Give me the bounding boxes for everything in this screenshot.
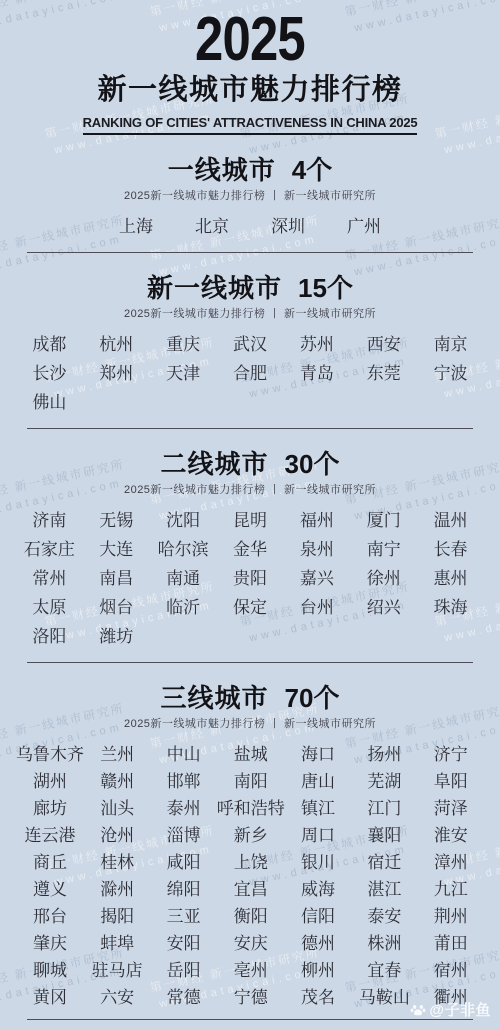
city-grid: 上海北京深圳广州 (0, 216, 500, 238)
tier-name: 新一线城市 (147, 273, 282, 303)
city-item: 贵阳 (217, 568, 284, 590)
city-item: 绍兴 (350, 597, 417, 619)
section-tier-2: 二线城市30个 2025新一线城市魅力排行榜 丨 新一线城市研究所 济南无锡沈阳… (0, 449, 500, 663)
city-item: 中山 (150, 744, 216, 766)
section-tier-3: 三线城市70个 2025新一线城市魅力排行榜 丨 新一线城市研究所 乌鲁木齐兰州… (0, 683, 500, 1020)
city-item: 南昌 (83, 568, 150, 590)
city-item: 银川 (285, 852, 351, 874)
city-item: 杭州 (83, 334, 150, 356)
section-tier-1: 一线城市4个 2025新一线城市魅力排行榜 丨 新一线城市研究所 上海北京深圳广… (0, 155, 500, 253)
city-item: 驻马店 (84, 960, 150, 982)
city-item: 武汉 (217, 334, 284, 356)
city-item: 芜湖 (351, 771, 417, 793)
city-item: 海口 (285, 744, 351, 766)
city-item: 济南 (16, 510, 83, 532)
city-item: 九江 (418, 879, 484, 901)
city-item: 信阳 (285, 906, 351, 928)
city-item: 马鞍山 (351, 987, 417, 1009)
city-item: 桂林 (84, 852, 150, 874)
city-item: 柳州 (285, 960, 351, 982)
city-item: 岳阳 (150, 960, 216, 982)
city-item: 邯郸 (150, 771, 216, 793)
city-item: 衡阳 (217, 906, 285, 928)
city-item: 合肥 (217, 363, 284, 385)
city-item: 荆州 (418, 906, 484, 928)
city-item: 新乡 (217, 825, 285, 847)
city-item: 黄冈 (16, 987, 84, 1009)
city-item: 株洲 (351, 933, 417, 955)
city-item: 唐山 (285, 771, 351, 793)
city-item: 昆明 (217, 510, 284, 532)
city-item: 遵义 (16, 879, 84, 901)
city-item: 肇庆 (16, 933, 84, 955)
city-item: 青岛 (283, 363, 350, 385)
section-source-line: 2025新一线城市魅力排行榜 丨 新一线城市研究所 (0, 484, 500, 497)
city-item: 东莞 (350, 363, 417, 385)
city-grid: 乌鲁木齐兰州中山盐城海口扬州济宁湖州赣州邯郸南阳唐山芜湖阜阳廊坊汕头泰州呼和浩特… (0, 744, 500, 1009)
section-divider (27, 428, 473, 429)
city-item: 济宁 (418, 744, 484, 766)
city-item: 绵阳 (150, 879, 216, 901)
city-item: 湛江 (351, 879, 417, 901)
page-subtitle-english: RANKING OF CITIES' ATTRACTIVENESS IN CHI… (83, 115, 418, 135)
city-item: 亳州 (217, 960, 285, 982)
city-item: 临沂 (150, 597, 217, 619)
city-item: 洛阳 (16, 626, 83, 648)
section-source-line: 2025新一线城市魅力排行榜 丨 新一线城市研究所 (0, 718, 500, 731)
city-item: 南通 (150, 568, 217, 590)
section-tier-new-1: 新一线城市15个 2025新一线城市魅力排行榜 丨 新一线城市研究所 成都杭州重… (0, 273, 500, 429)
city-item: 乌鲁木齐 (16, 744, 84, 766)
city-item: 北京 (195, 216, 229, 238)
city-item: 厦门 (350, 510, 417, 532)
city-item: 威海 (285, 879, 351, 901)
tier-count: 30个 (285, 449, 340, 479)
city-item: 郑州 (83, 363, 150, 385)
section-title: 新一线城市15个 (0, 273, 500, 303)
city-item: 温州 (417, 510, 484, 532)
credit-text: @子非鱼 (429, 999, 491, 1020)
city-item: 沈阳 (150, 510, 217, 532)
city-item: 珠海 (417, 597, 484, 619)
city-item: 宜春 (351, 960, 417, 982)
city-item: 呼和浩特 (217, 798, 285, 820)
title-year: 2025 (195, 8, 305, 72)
city-item: 重庆 (150, 334, 217, 356)
city-item: 漳州 (418, 852, 484, 874)
city-item: 德州 (285, 933, 351, 955)
city-item: 淄博 (150, 825, 216, 847)
city-item: 周口 (285, 825, 351, 847)
city-item: 大连 (83, 539, 150, 561)
city-item: 六安 (84, 987, 150, 1009)
section-divider (27, 1019, 473, 1020)
city-item: 兰州 (84, 744, 150, 766)
city-item: 连云港 (16, 825, 84, 847)
header: 2025 新一线城市魅力排行榜 RANKING OF CITIES' ATTRA… (0, 0, 500, 135)
section-divider (27, 252, 473, 253)
city-item: 保定 (217, 597, 284, 619)
city-item: 西安 (350, 334, 417, 356)
city-item: 烟台 (83, 597, 150, 619)
city-item: 茂名 (285, 987, 351, 1009)
city-item: 镇江 (285, 798, 351, 820)
city-item: 淮安 (418, 825, 484, 847)
section-source-line: 2025新一线城市魅力排行榜 丨 新一线城市研究所 (0, 190, 500, 203)
city-item: 扬州 (351, 744, 417, 766)
city-item: 宁德 (217, 987, 285, 1009)
section-title: 二线城市30个 (0, 449, 500, 479)
city-item: 湖州 (16, 771, 84, 793)
city-item: 宁波 (417, 363, 484, 385)
paw-icon (410, 1002, 426, 1018)
city-item: 聊城 (16, 960, 84, 982)
city-item: 徐州 (350, 568, 417, 590)
city-item: 台州 (283, 597, 350, 619)
section-title: 一线城市4个 (0, 155, 500, 185)
city-item: 宿州 (418, 960, 484, 982)
city-item: 常州 (16, 568, 83, 590)
city-item: 泰安 (351, 906, 417, 928)
city-item: 南阳 (217, 771, 285, 793)
infographic: 2025 新一线城市魅力排行榜 RANKING OF CITIES' ATTRA… (0, 0, 500, 1020)
city-item: 天津 (150, 363, 217, 385)
city-item: 哈尔滨 (150, 539, 217, 561)
city-item: 宜昌 (217, 879, 285, 901)
tier-name: 二线城市 (161, 449, 269, 479)
page-title: 新一线城市魅力排行榜 (0, 72, 500, 108)
city-item: 南京 (417, 334, 484, 356)
city-item: 滁州 (84, 879, 150, 901)
section-source-line: 2025新一线城市魅力排行榜 丨 新一线城市研究所 (0, 308, 500, 321)
city-item: 深圳 (271, 216, 305, 238)
city-item: 邢台 (16, 906, 84, 928)
city-item: 蚌埠 (84, 933, 150, 955)
city-item: 襄阳 (351, 825, 417, 847)
city-grid: 济南无锡沈阳昆明福州厦门温州石家庄大连哈尔滨金华泉州南宁长春常州南昌南通贵阳嘉兴… (0, 510, 500, 648)
city-item: 苏州 (283, 334, 350, 356)
author-credit: @子非鱼 (410, 999, 491, 1020)
city-item: 汕头 (84, 798, 150, 820)
city-grid: 成都杭州重庆武汉苏州西安南京长沙郑州天津合肥青岛东莞宁波佛山 (0, 334, 500, 414)
city-item: 金华 (217, 539, 284, 561)
city-item: 江门 (351, 798, 417, 820)
city-item: 佛山 (16, 392, 83, 414)
city-item: 泉州 (283, 539, 350, 561)
city-item: 惠州 (417, 568, 484, 590)
city-item: 太原 (16, 597, 83, 619)
tier-count: 70个 (285, 683, 340, 713)
city-item: 泰州 (150, 798, 216, 820)
city-item: 廊坊 (16, 798, 84, 820)
city-item: 长沙 (16, 363, 83, 385)
city-item: 赣州 (84, 771, 150, 793)
city-item: 福州 (283, 510, 350, 532)
tier-count: 15个 (298, 273, 353, 303)
city-item: 潍坊 (83, 626, 150, 648)
city-item: 安阳 (150, 933, 216, 955)
city-item: 成都 (16, 334, 83, 356)
city-item: 商丘 (16, 852, 84, 874)
city-item: 揭阳 (84, 906, 150, 928)
city-item: 长春 (417, 539, 484, 561)
tier-name: 三线城市 (161, 683, 269, 713)
section-title: 三线城市70个 (0, 683, 500, 713)
city-item: 三亚 (150, 906, 216, 928)
city-item: 南宁 (350, 539, 417, 561)
city-item: 安庆 (217, 933, 285, 955)
city-item: 菏泽 (418, 798, 484, 820)
city-item: 咸阳 (150, 852, 216, 874)
city-item: 莆田 (418, 933, 484, 955)
tier-name: 一线城市 (168, 155, 276, 185)
city-item: 盐城 (217, 744, 285, 766)
section-divider (27, 662, 473, 663)
city-item: 上海 (119, 216, 153, 238)
city-item: 宿迁 (351, 852, 417, 874)
tier-count: 4个 (292, 155, 332, 185)
city-item: 嘉兴 (283, 568, 350, 590)
city-item: 常德 (150, 987, 216, 1009)
city-item: 无锡 (83, 510, 150, 532)
city-item: 广州 (347, 216, 381, 238)
city-item: 上饶 (217, 852, 285, 874)
city-item: 石家庄 (16, 539, 83, 561)
city-item: 阜阳 (418, 771, 484, 793)
city-item: 沧州 (84, 825, 150, 847)
